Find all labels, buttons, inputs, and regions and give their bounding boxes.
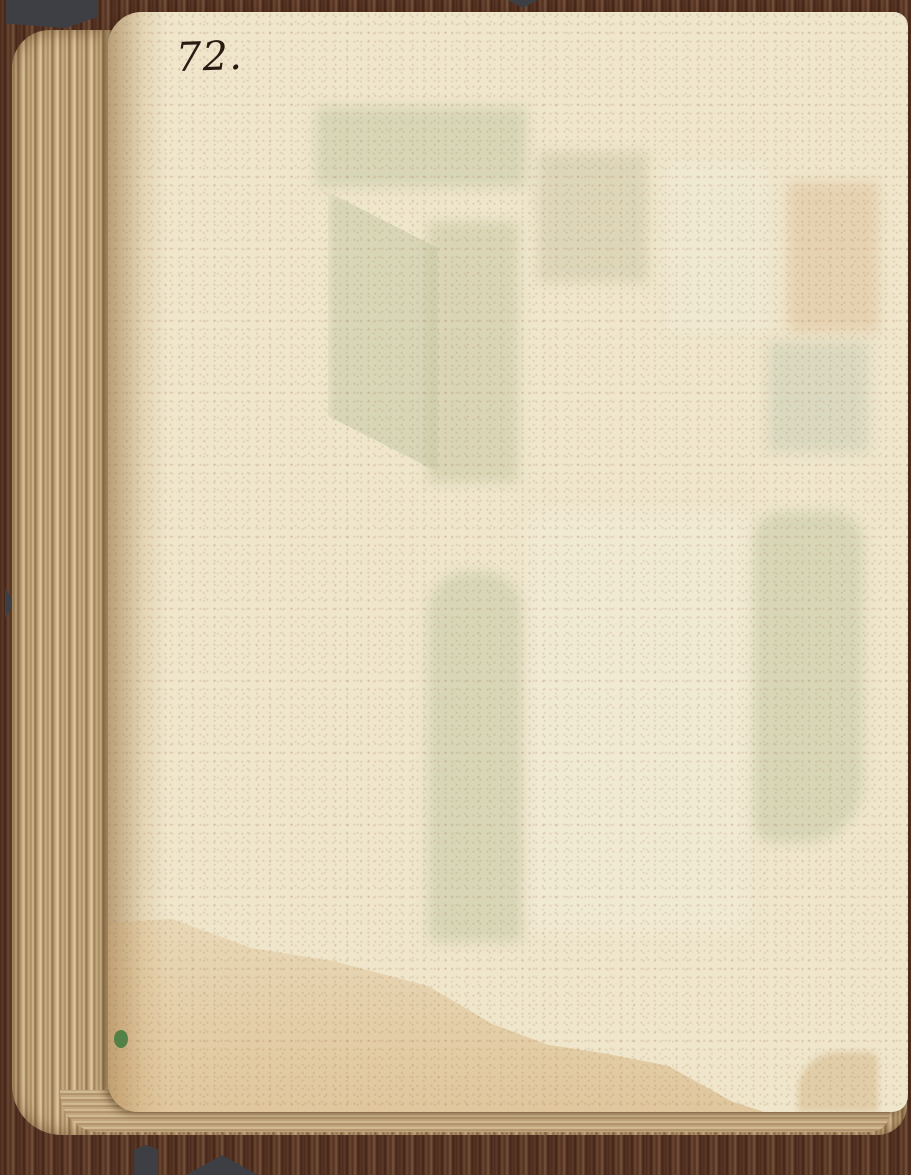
show-through-mark <box>538 152 648 282</box>
show-through-mark <box>753 512 863 842</box>
show-through-mark <box>768 342 868 452</box>
manuscript-page: 72. <box>108 12 908 1112</box>
show-through-mark <box>428 572 523 942</box>
show-through-mark <box>328 192 438 472</box>
folio-number: 72. <box>175 33 243 81</box>
show-through-highlight <box>668 162 768 332</box>
viewer-top-marker <box>508 0 538 8</box>
rust-stain <box>788 182 878 332</box>
viewer-toolbar-shape <box>6 0 98 28</box>
document-viewer: 72. <box>0 0 911 1175</box>
show-through-highlight <box>528 512 748 932</box>
show-through-mark <box>316 107 526 187</box>
mold-spot <box>114 1030 128 1048</box>
corner-stain <box>798 1052 878 1112</box>
viewer-bottom-arrow-icon <box>186 1155 258 1175</box>
viewer-bottom-marker <box>134 1145 158 1175</box>
show-through-mark <box>428 222 518 482</box>
